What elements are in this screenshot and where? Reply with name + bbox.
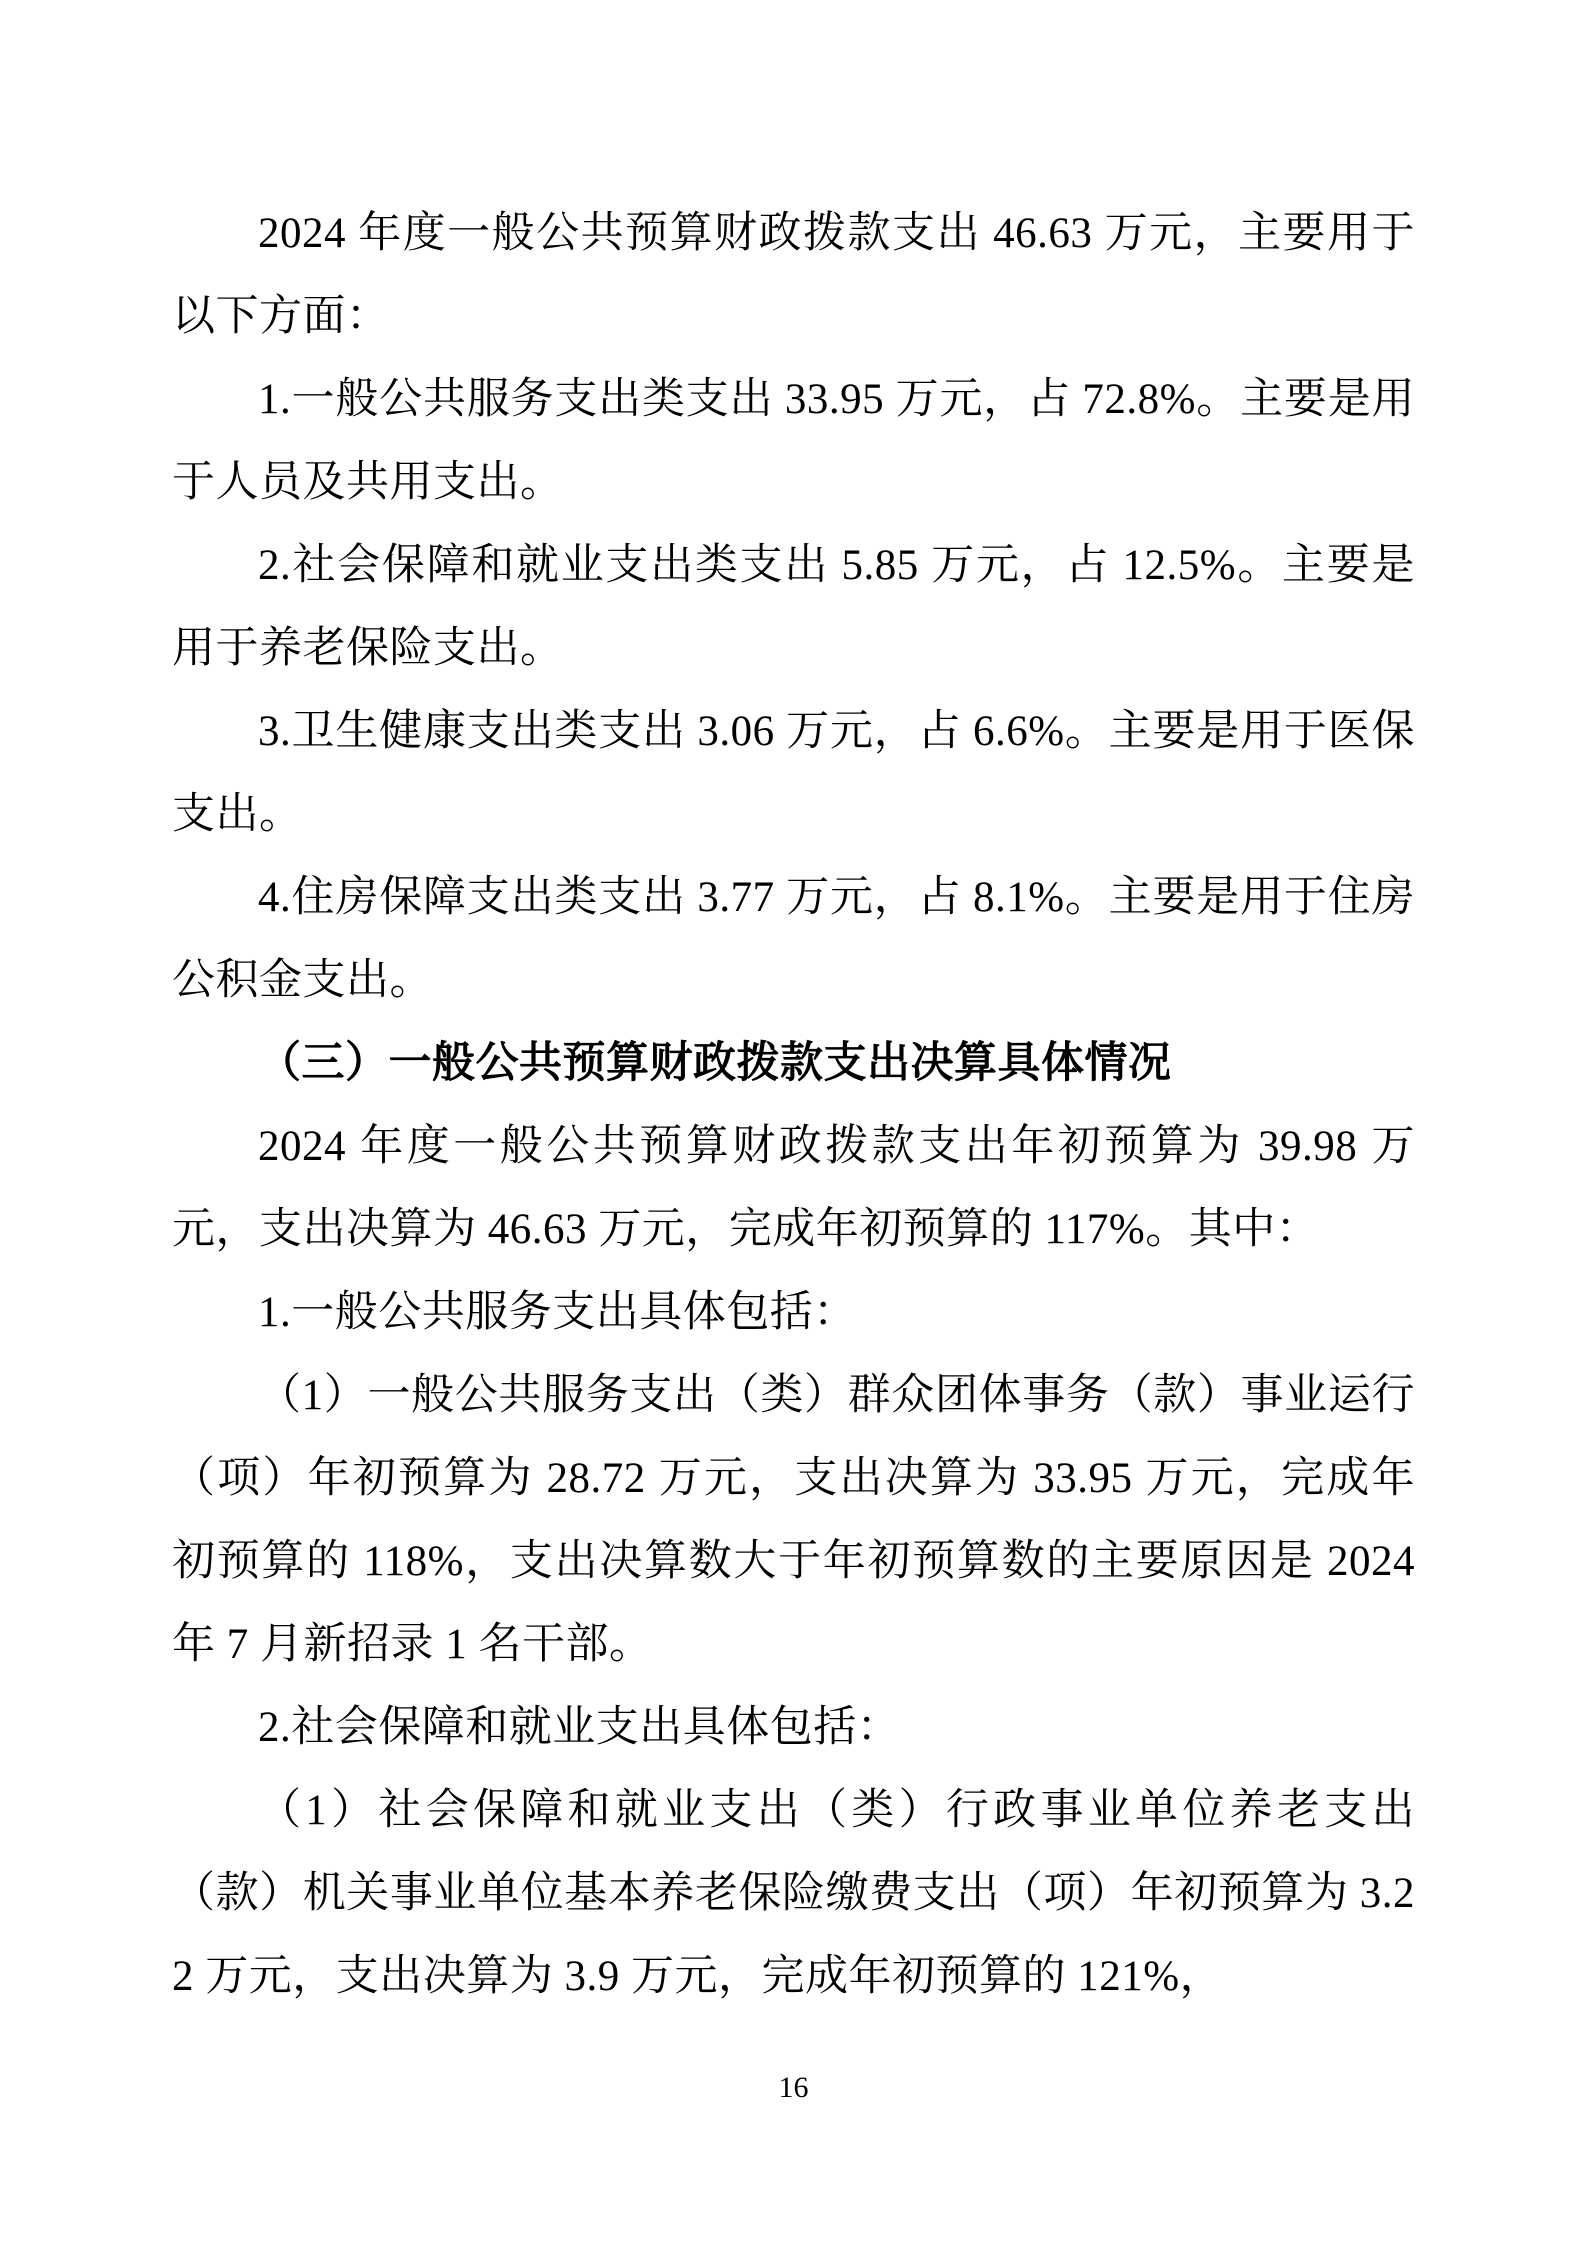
paragraph: （1）一般公共服务支出（类）群众团体事务（款）事业运行（项）年初预算为 28.7… [172,1354,1415,1686]
section-heading: （三）一般公共预算财政拨款支出决算具体情况 [172,1022,1415,1105]
paragraph: 2024 年度一般公共预算财政拨款支出 46.63 万元，主要用于以下方面： [172,192,1415,358]
paragraph: 4.住房保障支出类支出 3.77 万元，占 8.1%。主要是用于住房公积金支出。 [172,856,1415,1022]
paragraph: 2024 年度一般公共预算财政拨款支出年初预算为 39.98 万元，支出决算为 … [172,1105,1415,1271]
page-number: 16 [0,2070,1587,2106]
document-body: 2024 年度一般公共预算财政拨款支出 46.63 万元，主要用于以下方面：1.… [172,192,1415,2018]
paragraph: 1.一般公共服务支出具体包括： [172,1271,1415,1354]
document-page: 2024 年度一般公共预算财政拨款支出 46.63 万元，主要用于以下方面：1.… [0,0,1587,2245]
paragraph: 2.社会保障和就业支出具体包括： [172,1686,1415,1769]
paragraph: 3.卫生健康支出类支出 3.06 万元，占 6.6%。主要是用于医保支出。 [172,690,1415,856]
paragraph: （1）社会保障和就业支出（类）行政事业单位养老支出（款）机关事业单位基本养老保险… [172,1769,1415,2018]
paragraph: 2.社会保障和就业支出类支出 5.85 万元，占 12.5%。主要是用于养老保险… [172,524,1415,690]
paragraph: 1.一般公共服务支出类支出 33.95 万元，占 72.8%。主要是用于人员及共… [172,358,1415,524]
